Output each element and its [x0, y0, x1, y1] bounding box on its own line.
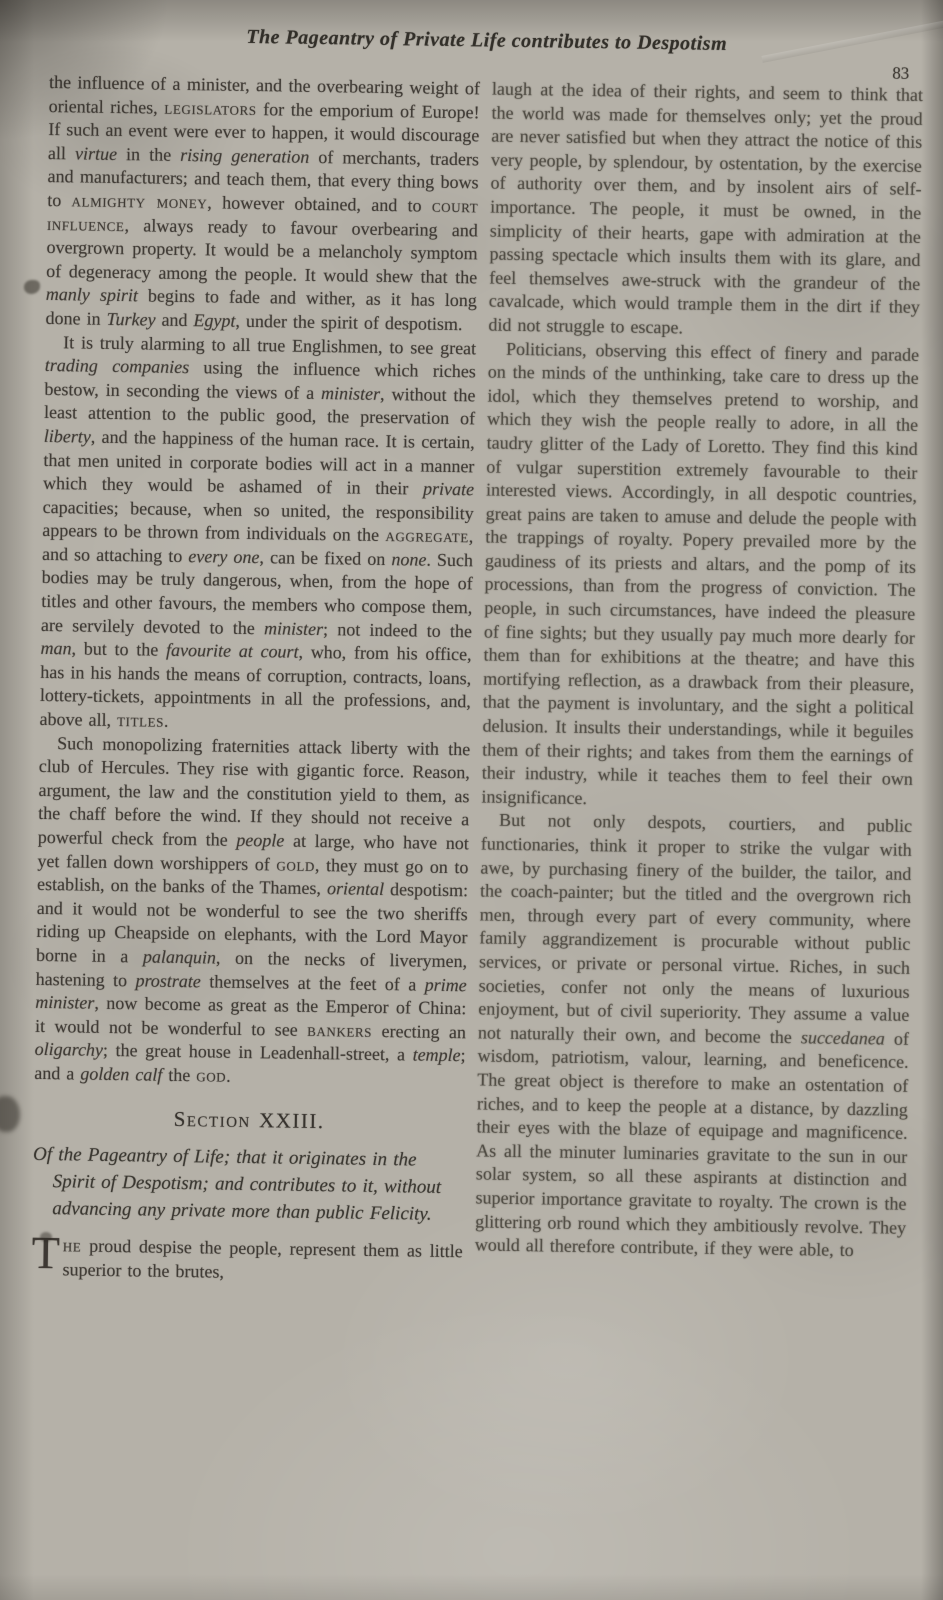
- text-segment: god: [196, 1065, 226, 1085]
- text-segment: people: [236, 830, 284, 851]
- text-segment: T: [31, 1234, 63, 1272]
- text-segment: in the: [117, 144, 180, 165]
- text-segment: bankers: [307, 1020, 372, 1041]
- paragraph: laugh at the idea of their rights, and s…: [488, 78, 923, 344]
- text-segment: temple: [413, 1045, 461, 1066]
- text-segment: laugh at the idea of their rights, and s…: [488, 79, 923, 338]
- text-segment: and: [155, 310, 193, 331]
- text-segment: legislators: [164, 97, 257, 118]
- page-number: 83: [892, 63, 909, 83]
- text-segment: prostrate: [135, 970, 201, 991]
- text-segment: he: [63, 1235, 82, 1255]
- paragraph: the influence of a minister, and the ove…: [45, 71, 480, 337]
- ink-blot: [0, 1096, 20, 1132]
- text-segment: , however obtained, and to: [207, 192, 432, 215]
- text-segment: aggregate: [385, 525, 469, 546]
- text-segment: .: [164, 711, 169, 731]
- text-segment: every one: [188, 546, 259, 567]
- text-segment: trading companies: [45, 355, 190, 377]
- text-segment: of wisdom, patriotism, valour, learning,…: [475, 1028, 909, 1260]
- text-segment: , under the spirit of despotism.: [235, 311, 462, 334]
- ink-blot: [24, 280, 40, 294]
- text-segment: , but to the: [71, 639, 166, 660]
- text-segment: erecting an: [372, 1021, 466, 1042]
- running-title: The Pageantry of Private Life contribute…: [50, 17, 924, 59]
- text-segment: , and the happiness of the human race. I…: [43, 427, 475, 499]
- text-segment: Turkey: [106, 309, 155, 330]
- text-segment: oriental: [327, 878, 384, 899]
- scanned-book-page: The Pageantry of Private Life contribute…: [0, 0, 943, 1600]
- page-header: The Pageantry of Private Life contribute…: [49, 17, 924, 74]
- text-segment: .: [226, 1066, 231, 1086]
- text-segment: , can be fixed on: [259, 547, 391, 569]
- text-segment: palanquin: [143, 946, 216, 967]
- page-content: The Pageantry of Private Life contribute…: [31, 17, 924, 1294]
- text-segment: Of the Pageantry of Life; that it origin…: [33, 1144, 441, 1225]
- paragraph: It is truly alarming to all true English…: [39, 330, 476, 737]
- text-segment: almighty money: [71, 190, 207, 212]
- text-segment: rising generation: [180, 145, 309, 167]
- text-segment: manly spirit: [46, 284, 138, 305]
- text-columns: the influence of a minister, and the ove…: [31, 71, 923, 1294]
- text-segment: Politicians, observing this effect of fi…: [481, 338, 919, 808]
- text-segment: minister: [321, 383, 380, 404]
- text-segment: minister: [264, 618, 323, 639]
- text-segment: private: [423, 479, 474, 500]
- text-segment: liberty: [44, 426, 91, 447]
- text-segment: golden calf: [80, 1063, 162, 1084]
- text-segment: the: [162, 1065, 196, 1086]
- text-segment: But not only despots, courtiers, and pub…: [478, 810, 912, 1047]
- text-segment: favourite at court: [166, 640, 299, 662]
- text-segment: none: [391, 549, 426, 570]
- text-segment: man: [40, 638, 71, 658]
- paragraph: Politicians, observing this effect of fi…: [481, 337, 919, 815]
- text-segment: themselves at the feet of a: [201, 971, 425, 994]
- section-heading: Section XXIII.: [34, 1105, 465, 1135]
- text-segment: gold: [276, 854, 315, 875]
- paragraph: But not only despots, courtiers, and pub…: [475, 809, 913, 1264]
- text-segment: oligarchy: [35, 1039, 104, 1060]
- right-column: laugh at the idea of their rights, and s…: [474, 78, 923, 1295]
- text-segment: Egypt: [193, 310, 235, 331]
- text-segment: titles: [117, 710, 164, 731]
- paragraph: Such monopolizing fraternities attack li…: [34, 732, 470, 1092]
- text-segment: ; not indeed to the: [323, 619, 472, 641]
- section-epigraph: Of the Pageantry of Life; that it origin…: [32, 1141, 464, 1228]
- left-column: the influence of a minister, and the ove…: [31, 71, 480, 1288]
- text-segment: It is truly alarming to all true English…: [63, 332, 476, 358]
- text-segment: virtue: [75, 143, 117, 164]
- text-segment: ; the great house in Leadenhall-street, …: [103, 1040, 413, 1065]
- paragraph: The proud despise the people, represent …: [31, 1234, 463, 1288]
- text-segment: succedanea: [801, 1027, 885, 1048]
- text-segment: proud despise the people, represent them…: [62, 1236, 462, 1282]
